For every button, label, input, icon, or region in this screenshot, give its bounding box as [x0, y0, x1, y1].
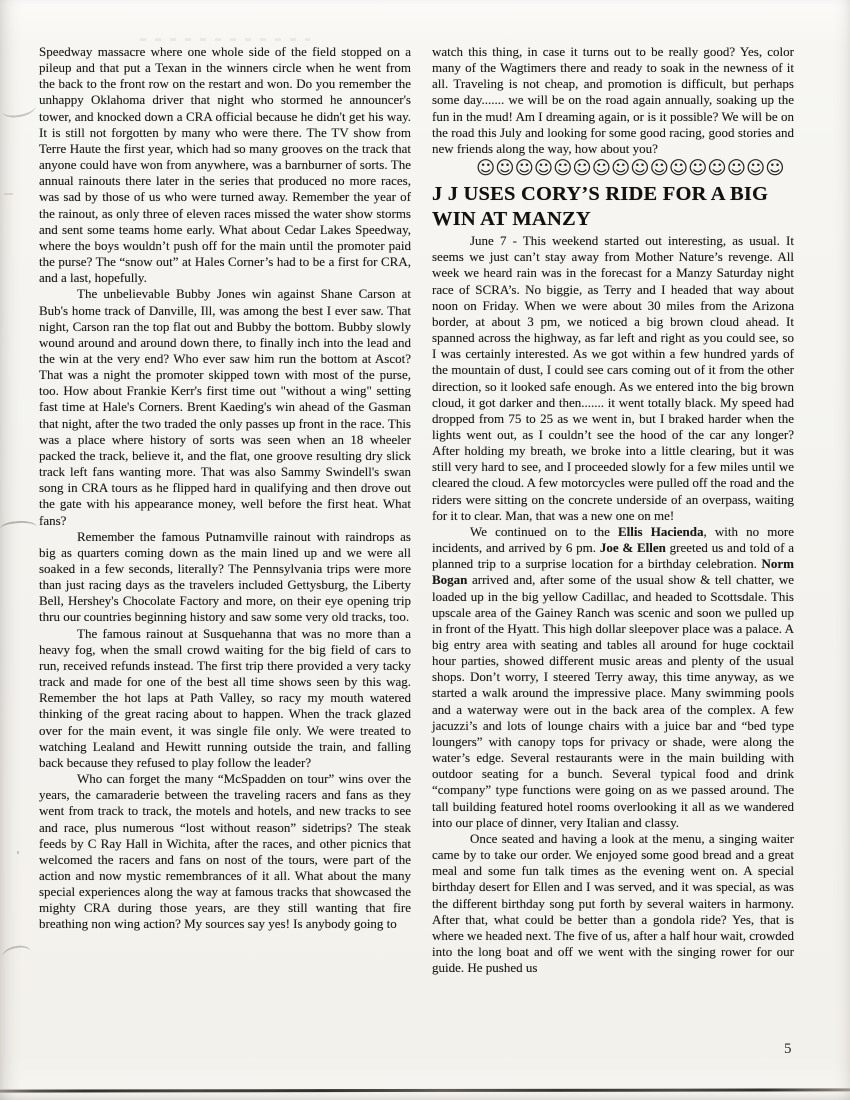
- page-number: 5: [784, 1041, 792, 1058]
- body-text: We continued on to the: [470, 524, 618, 539]
- body-text: Once seated and having a look at the men…: [432, 831, 794, 975]
- body-text: The famous rainout at Susquehanna that w…: [39, 626, 411, 770]
- body-text: watch this thing, in case it turns out t…: [432, 44, 794, 156]
- scan-artifact-curve: [0, 520, 37, 537]
- smiley-face-icons-row: ☺☺☺☺☺☺☺☺☺☺☺☺☺☺☺☺: [432, 157, 794, 180]
- body-text: Remember the famous Putnamville rainout …: [39, 529, 411, 625]
- body-text: Who can forget the many “McSpadden on to…: [39, 771, 411, 931]
- bold-name-text: Ellis Hacienda: [618, 524, 703, 539]
- bold-name-text: Joe & Ellen: [600, 540, 666, 555]
- paragraph: watch this thing, in case it turns out t…: [432, 44, 794, 157]
- left-column: Speedway massacre where one whole side o…: [39, 44, 411, 933]
- paragraph: Who can forget the many “McSpadden on to…: [39, 771, 411, 933]
- paragraph: The unbelievable Bubby Jones win against…: [39, 286, 411, 528]
- paragraph: Speedway massacre where one whole side o…: [39, 44, 411, 286]
- scan-bottom-edge-line: [0, 1088, 850, 1092]
- scan-artifact-speck: [17, 851, 19, 854]
- paragraph: The famous rainout at Susquehanna that w…: [39, 626, 411, 771]
- scan-artifact-curve: [1, 98, 37, 119]
- body-text: Speedway massacre where one whole side o…: [39, 44, 411, 285]
- paragraph: Once seated and having a look at the men…: [432, 831, 794, 976]
- body-text: arrived and, after some of the usual sho…: [432, 572, 794, 829]
- scan-artifact-bleedthrough: [140, 38, 310, 41]
- paragraph: June 7 - This weekend started out intere…: [432, 233, 794, 524]
- body-text: June 7 - This weekend started out intere…: [432, 233, 794, 523]
- paragraph: Remember the famous Putnamville rainout …: [39, 529, 411, 626]
- body-text: The unbelievable Bubby Jones win against…: [39, 286, 411, 527]
- scan-artifact-curve: [1, 944, 32, 965]
- scan-artifact-dash: [4, 193, 13, 195]
- paragraph: We continued on to the Ellis Hacienda, w…: [432, 524, 794, 831]
- scanned-page: Speedway massacre where one whole side o…: [0, 0, 850, 1100]
- article-heading: J J USES CORY’S RIDE FOR A BIG WIN AT MA…: [432, 182, 794, 232]
- right-column: watch this thing, in case it turns out t…: [432, 44, 794, 976]
